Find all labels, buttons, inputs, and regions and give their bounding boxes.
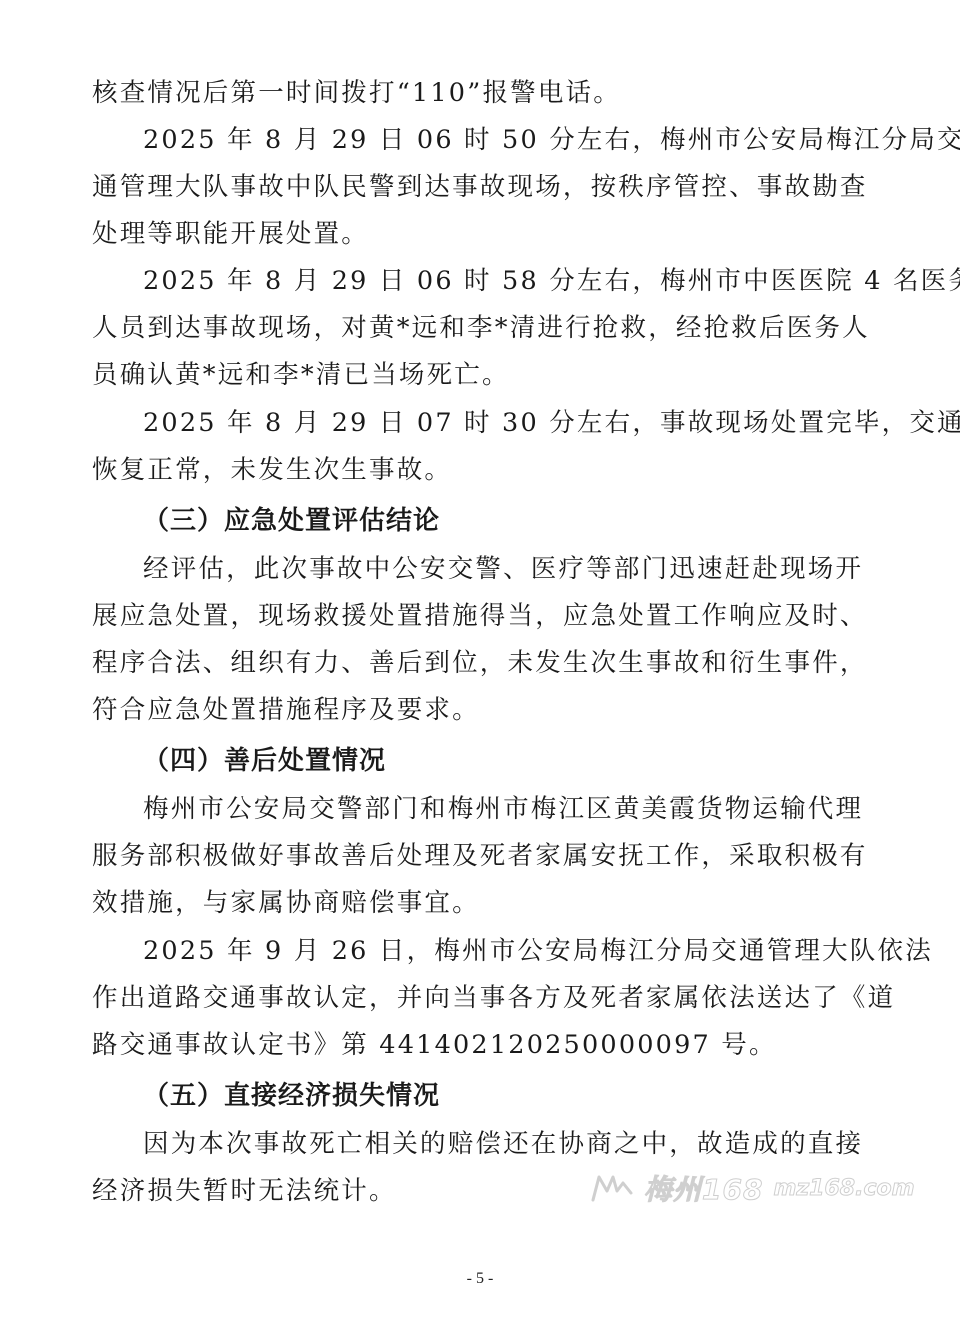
watermark-name: 梅州168	[644, 1168, 763, 1208]
paragraph-line: 处理等职能开展处置。	[92, 219, 872, 249]
paragraph-line: 经评估，此次事故中公安交警、医疗等部门迅速赶赴现场开	[143, 554, 873, 584]
paragraph-line: 通管理大队事故中队民警到达事故现场，按秩序管控、事故勘查	[92, 172, 872, 202]
site-watermark: 梅州168 mz168.com	[590, 1168, 915, 1208]
paragraph-line: 符合应急处置措施程序及要求。	[92, 695, 872, 725]
document-page: 核查情况后第一时间拨打“110”报警电话。 2025 年 8 月 29 日 06…	[0, 0, 960, 1321]
paragraph-line: 效措施，与家属协商赔偿事宜。	[92, 888, 872, 918]
paragraph-line: 展应急处置，现场救援处置措施得当，应急处置工作响应及时、	[92, 601, 872, 631]
paragraph-line: 路交通事故认定书》第 441402120250000097 号。	[92, 1030, 872, 1060]
section-heading-5: （五）直接经济损失情况	[143, 1081, 440, 1111]
paragraph-line: 梅州市公安局交警部门和梅州市梅江区黄美霞货物运输代理	[143, 794, 873, 824]
paragraph-line: 恢复正常，未发生次生事故。	[92, 455, 872, 485]
paragraph-line: 2025 年 8 月 29 日 07 时 30 分左右，事故现场处置完毕，交通	[143, 408, 873, 438]
paragraph-line: 服务部积极做好事故善后处理及死者家属安抚工作，采取积极有	[92, 841, 872, 871]
paragraph-line: 2025 年 8 月 29 日 06 时 58 分左右，梅州市中医医院 4 名医…	[143, 266, 873, 296]
page-number: - 5 -	[0, 1270, 960, 1288]
paragraph-line: 核查情况后第一时间拨打“110”报警电话。	[92, 78, 872, 108]
section-heading-4: （四）善后处置情况	[143, 746, 386, 776]
paragraph-line: 因为本次事故死亡相关的赔偿还在协商之中，故造成的直接	[143, 1129, 873, 1159]
paragraph-line: 2025 年 9 月 26 日，梅州市公安局梅江分局交通管理大队依法	[143, 936, 873, 966]
paragraph-line: 作出道路交通事故认定，并向当事各方及死者家属依法送达了《道	[92, 983, 872, 1013]
mz-logo-icon	[590, 1173, 634, 1203]
paragraph-line: 程序合法、组织有力、善后到位，未发生次生事故和衍生事件，	[92, 648, 872, 678]
paragraph-line: 人员到达事故现场，对黄*远和李*清进行抢救，经抢救后医务人	[92, 313, 872, 343]
paragraph-line: 员确认黄*远和李*清已当场死亡。	[92, 360, 872, 390]
paragraph-line: 2025 年 8 月 29 日 06 时 50 分左右，梅州市公安局梅江分局交	[143, 125, 873, 155]
watermark-url: mz168.com	[773, 1176, 914, 1201]
section-heading-3: （三）应急处置评估结论	[143, 506, 440, 536]
